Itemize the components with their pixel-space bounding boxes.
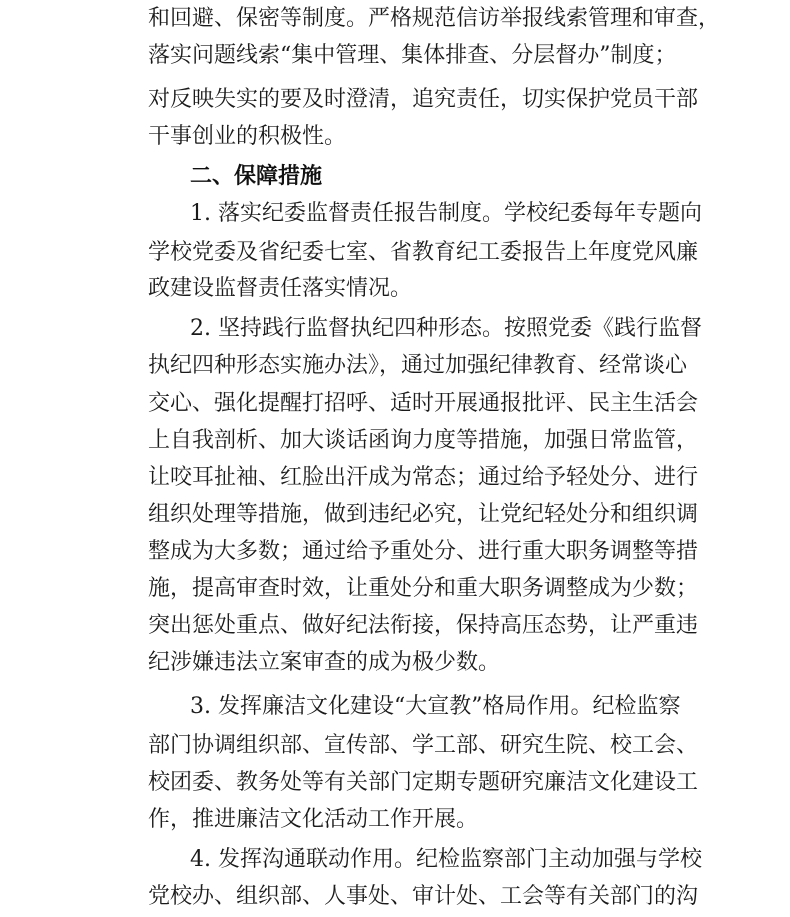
- paragraph-line: 落实问题线索“集中管理、集体排查、分层督办”制度；: [148, 41, 662, 71]
- item-1-line: 1. 落实纪委监督责任报告制度。学校纪委每年专题向: [190, 199, 662, 229]
- item-2-line: 让咬耳扯袖、红脸出汗成为常态；通过给予轻处分、进行: [148, 463, 662, 493]
- paragraph-line: 和回避、保密等制度。严格规范信访举报线索管理和审查，: [148, 4, 662, 34]
- item-2-line: 组织处理等措施，做到违纪必究，让党纪轻处分和组织调: [148, 500, 662, 530]
- item-4-line: 4. 发挥沟通联动作用。纪检监察部门主动加强与学校: [190, 845, 662, 875]
- item-4-line: 党校办、组织部、人事处、审计处、工会等有关部门的沟: [148, 882, 662, 912]
- item-2-line: 上自我剖析、加大谈话函询力度等措施，加强日常监管，: [148, 426, 662, 456]
- item-1-line: 学校党委及省纪委七室、省教育纪工委报告上年度党风廉: [148, 238, 662, 268]
- item-1-line: 政建设监督责任落实情况。: [148, 274, 662, 304]
- item-2-line: 纪涉嫌违法立案审查的成为极少数。: [148, 648, 662, 678]
- item-2-line: 执纪四种形态实施办法》，通过加强纪律教育、经常谈心: [148, 351, 662, 381]
- item-3-line: 3. 发挥廉洁文化建设“大宣教”格局作用。纪检监察: [190, 692, 662, 722]
- document-page: 和回避、保密等制度。严格规范信访举报线索管理和审查， 落实问题线索“集中管理、集…: [0, 0, 790, 917]
- section-heading: 二、保障措施: [190, 162, 322, 192]
- item-2-line: 交心、强化提醒打招呼、适时开展通报批评、民主生活会: [148, 389, 662, 419]
- item-2-line: 2. 坚持践行监督执纪四种形态。按照党委《践行监督: [190, 314, 662, 344]
- item-2-line: 整成为大多数；通过给予重处分、进行重大职务调整等措: [148, 537, 662, 567]
- item-3-line: 校团委、教务处等有关部门定期专题研究廉洁文化建设工: [148, 768, 662, 798]
- item-3-line: 部门协调组织部、宣传部、学工部、研究生院、校工会、: [148, 731, 662, 761]
- item-3-line: 作，推进廉洁文化活动工作开展。: [148, 805, 662, 835]
- item-2-line: 施，提高审查时效，让重处分和重大职务调整成为少数；: [148, 574, 662, 604]
- paragraph-line: 干事创业的积极性。: [148, 122, 662, 152]
- paragraph-line: 对反映失实的要及时澄清，追究责任，切实保护党员干部: [148, 85, 662, 115]
- item-2-line: 突出惩处重点、做好纪法衔接，保持高压态势，让严重违: [148, 611, 662, 641]
